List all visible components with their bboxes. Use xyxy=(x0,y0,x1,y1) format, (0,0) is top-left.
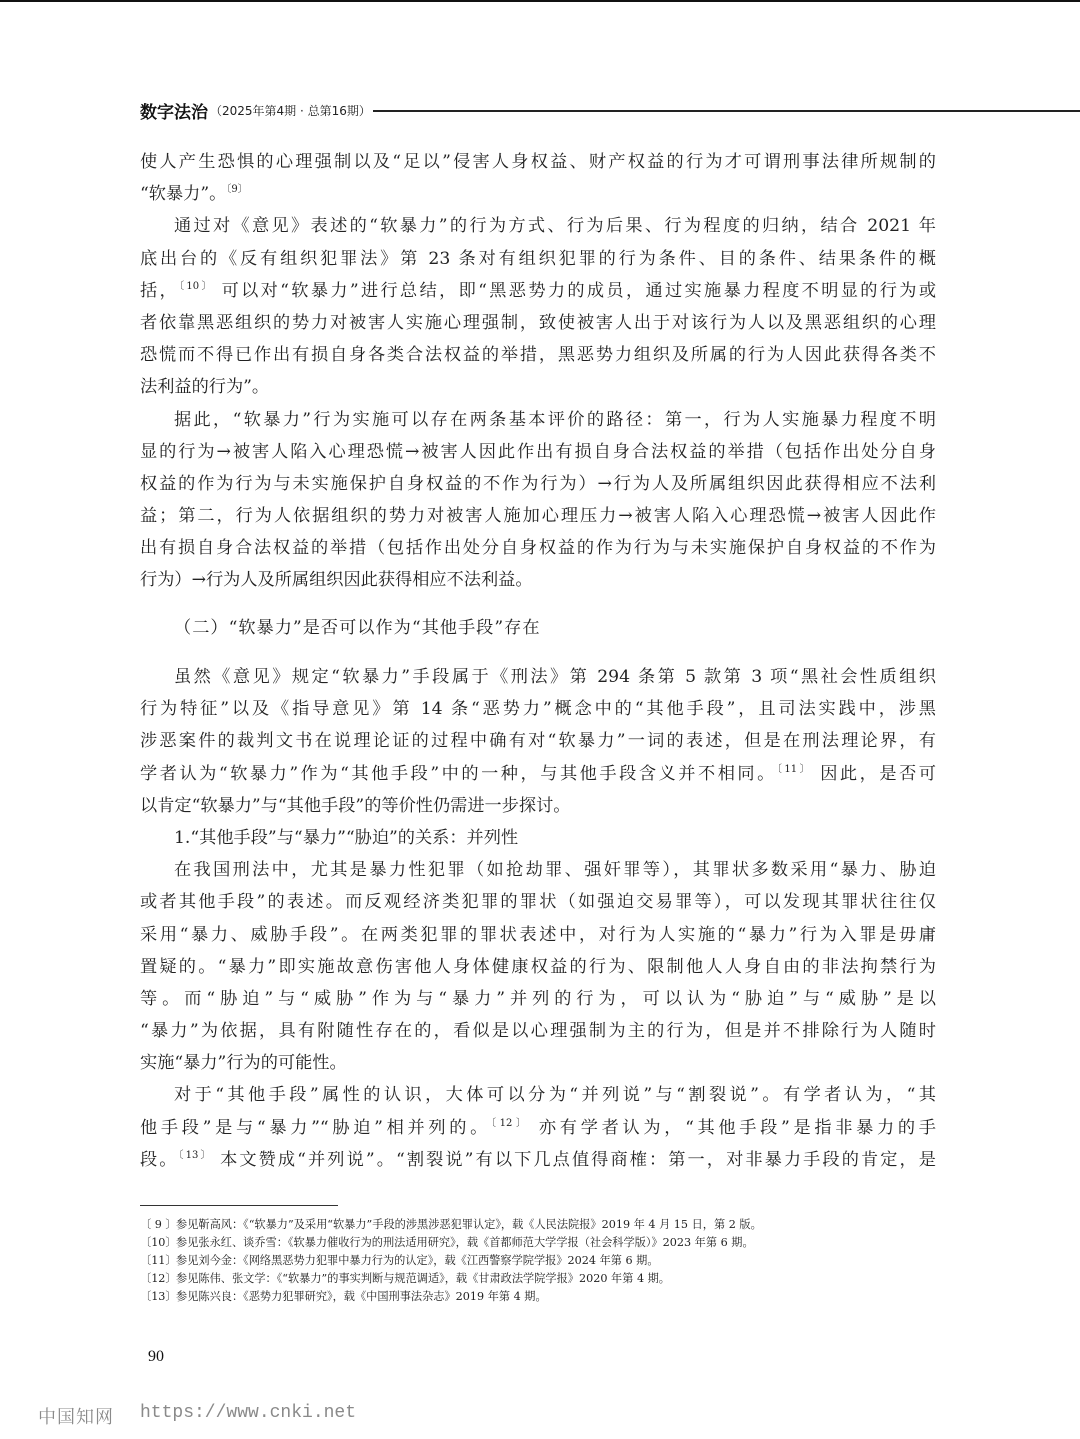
paragraph-line: “暴力”为依据，具有附随性存在的，看似是以心理强制为主的行为，但是并不排除行为人… xyxy=(140,1015,936,1047)
footnote-item: 〔12〕参见陈伟、张文学：《“软暴力”的事实判断与规范调适》，载《甘肃政法学院学… xyxy=(140,1270,940,1288)
paragraph-line: 法利益的行为”。 xyxy=(140,371,936,403)
footnote-text: 参见陈兴良：《恶势力犯罪研究》，载《中国刑事法杂志》2019 年第 4 期。 xyxy=(176,1288,547,1306)
footnote-number: 〔12〕 xyxy=(140,1270,176,1288)
issue-label: （2025年第4期 · 总第16期） xyxy=(210,102,371,119)
subheading: 1.“其他手段”与“暴力”“胁迫”的关系：并列性 xyxy=(140,822,936,854)
paragraph-line: 益；第二，行为人依据组织的势力对被害人施加心理压力→被害人陷入心理恐慌→被害人因… xyxy=(140,500,936,532)
footnote-ref-12[interactable]: 〔12〕 xyxy=(491,1118,530,1129)
paragraph-line: 他手段”是与“暴力”“胁迫”相并列的。〔12〕 亦有学者认为，“其他手段”是指非… xyxy=(140,1112,936,1144)
footnote-item: 〔13〕参见陈兴良：《恶势力犯罪研究》，载《中国刑事法杂志》2019 年第 4 … xyxy=(140,1288,940,1306)
footnote-number: 〔13〕 xyxy=(140,1288,176,1306)
paragraph-line: 行为）→行为人及所属组织因此获得相应不法利益。 xyxy=(140,564,936,596)
page-number: 90 xyxy=(148,1348,164,1366)
cnki-watermark: 中国知网 https://www.cnki.net xyxy=(38,1403,356,1429)
paragraph-line: 或者其他手段”的表述。而反观经济类犯罪的罪状（如强迫交易罪等），可以发现其罪状往… xyxy=(140,886,936,918)
paragraph-line: 段。〔13〕 本文赞成“并列说”。“割裂说”有以下几点值得商榷：第一，对非暴力手… xyxy=(140,1144,936,1176)
paragraph-line: 实施“暴力”行为的可能性。 xyxy=(140,1047,936,1079)
paragraph-line: 使人产生恐惧的心理强制以及“足以”侵害人身权益、财产权益的行为才可谓刑事法律所规… xyxy=(140,146,936,178)
paragraph-line: 显的行为→被害人陷入心理恐慌→被害人因此作出有损自身合法权益的举措（包括作出处分… xyxy=(140,436,936,468)
watermark-url[interactable]: https://www.cnki.net xyxy=(140,1403,356,1429)
paragraph-line: 底出台的《反有组织犯罪法》第 23 条对有组织犯罪的行为条件、目的条件、结果条件… xyxy=(140,243,936,275)
paragraph-line: 采用“暴力、威胁手段”。在两类犯罪的罪状表述中，对行为人实施的“暴力”行为入罪是… xyxy=(140,919,936,951)
footnote-item: 〔 9 〕参见靳高风：《“软暴力”及采用“软暴力”手段的涉黑涉恶犯罪认定》，载《… xyxy=(140,1216,940,1234)
footnote-ref-9[interactable]: 〔9〕 xyxy=(226,184,247,195)
footnotes: 〔 9 〕参见靳高风：《“软暴力”及采用“软暴力”手段的涉黑涉恶犯罪认定》，载《… xyxy=(140,1216,940,1306)
paragraph-line: 权益的作为行为与未实施保护自身权益的不作为行为）→行为人及所属组织因此获得相应不… xyxy=(140,468,936,500)
paragraph-line: 出有损自身合法权益的举措（包括作出处分自身权益的作为行为与未实施保护自身权益的不… xyxy=(140,532,936,564)
paragraph-line: “软暴力”。〔9〕 xyxy=(140,178,936,210)
paragraph-line: 者依靠黑恶组织的势力对被害人实施心理强制，致使被害人出于对该行为人以及黑恶组织的… xyxy=(140,307,936,339)
paragraph-line: 通过对《意见》表述的“软暴力”的行为方式、行为后果、行为程度的归纳，结合 202… xyxy=(140,210,936,242)
footnote-item: 〔10〕参见张永红、谈乔雪：《软暴力催收行为的刑法适用研究》，载《首都师范大学学… xyxy=(140,1234,940,1252)
running-header: 数字法治 （2025年第4期 · 总第16期） xyxy=(140,98,1080,122)
paragraph-line: 学者认为“软暴力”作为“其他手段”中的一种，与其他手段含义并不相同。〔11〕 因… xyxy=(140,758,936,790)
paragraph-line: 括，〔10〕 可以对“软暴力”进行总结，即“黑恶势力的成员，通过实施暴力程度不明… xyxy=(140,275,936,307)
paragraph-line: 虽然《意见》规定“软暴力”手段属于《刑法》第 294 条第 5 款第 3 项“黑… xyxy=(140,661,936,693)
footnote-separator xyxy=(140,1205,338,1206)
footnote-ref-10[interactable]: 〔10〕 xyxy=(179,281,214,292)
paragraph-line: 恐慌而不得已作出有损自身各类合法权益的举措，黑恶势力组织及所属的行为人因此获得各… xyxy=(140,339,936,371)
footnote-text: 参见刘今金：《网络黑恶势力犯罪中暴力行为的认定》，载《江西警察学院学报》2024… xyxy=(176,1252,659,1270)
footnote-number: 〔11〕 xyxy=(140,1252,176,1270)
paragraph-line: 在我国刑法中，尤其是暴力性犯罪（如抢劫罪、强奸罪等），其罪状多数采用“暴力、胁迫 xyxy=(140,854,936,886)
paragraph-line: 涉恶案件的裁判文书在说理论证的过程中确有对“软暴力”一词的表述，但是在刑法理论界… xyxy=(140,725,936,757)
article-body-2: 虽然《意见》规定“软暴力”手段属于《刑法》第 294 条第 5 款第 3 项“黑… xyxy=(140,661,936,1176)
footnote-text: 参见靳高风：《“软暴力”及采用“软暴力”手段的涉黑涉恶犯罪认定》，载《人民法院报… xyxy=(176,1216,762,1234)
paragraph-line: 以肯定“软暴力”与“其他手段”的等价性仍需进一步探讨。 xyxy=(140,790,936,822)
journal-title: 数字法治 xyxy=(140,98,208,123)
header-rule xyxy=(373,110,1080,112)
footnote-number: 〔10〕 xyxy=(140,1234,176,1252)
paragraph-line: 置疑的。“暴力”即实施故意伤害他人身体健康权益的行为、限制他人人身自由的非法拘禁… xyxy=(140,951,936,983)
footnote-number: 〔 9 〕 xyxy=(140,1216,176,1234)
section-heading-block: （二）“软暴力”是否可以作为“其他手段”存在 xyxy=(140,612,936,644)
footnote-text: 参见陈伟、张文学：《“软暴力”的事实判断与规范调适》，载《甘肃政法学院学报》20… xyxy=(176,1270,670,1288)
paragraph-line: 据此，“软暴力”行为实施可以存在两条基本评价的路径：第一，行为人实施暴力程度不明 xyxy=(140,404,936,436)
paragraph-line: 行为特征”以及《指导意见》第 14 条“恶势力”概念中的“其他手段”，且司法实践… xyxy=(140,693,936,725)
top-border-rule xyxy=(0,0,1080,2)
paragraph-line: 等。而“胁迫”与“威胁”作为与“暴力”并列的行为，可以认为“胁迫”与“威胁”是以 xyxy=(140,983,936,1015)
section-heading: （二）“软暴力”是否可以作为“其他手段”存在 xyxy=(140,612,936,644)
article-body: 使人产生恐惧的心理强制以及“足以”侵害人身权益、财产权益的行为才可谓刑事法律所规… xyxy=(140,146,936,597)
footnote-ref-11[interactable]: 〔11〕 xyxy=(777,764,812,775)
footnote-text: 参见张永红、谈乔雪：《软暴力催收行为的刑法适用研究》，载《首都师范大学学报（社会… xyxy=(176,1234,754,1252)
footnote-item: 〔11〕参见刘今金：《网络黑恶势力犯罪中暴力行为的认定》，载《江西警察学院学报》… xyxy=(140,1252,940,1270)
paragraph-line: 对于“其他手段”属性的认识，大体可以分为“并列说”与“割裂说”。有学者认为，“其 xyxy=(140,1079,936,1111)
footnote-ref-13[interactable]: 〔13〕 xyxy=(179,1150,213,1161)
watermark-brand: 中国知网 xyxy=(38,1403,114,1429)
